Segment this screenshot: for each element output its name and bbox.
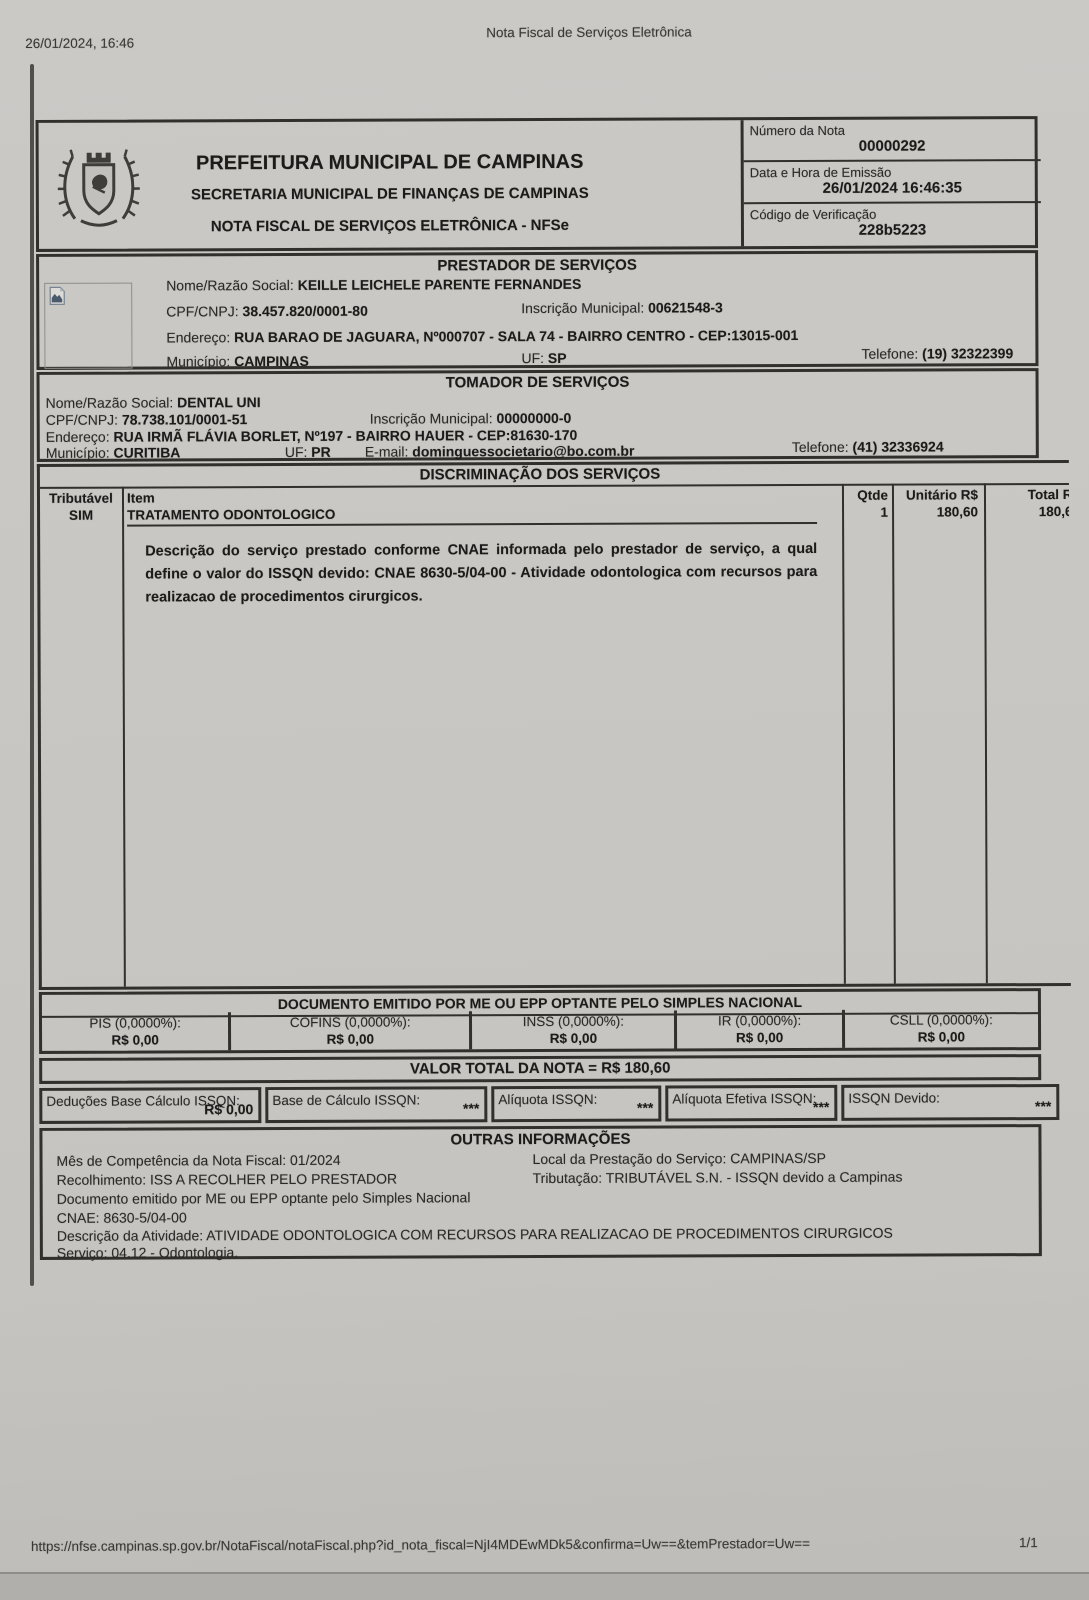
row-unitario-value: 180,60 bbox=[892, 503, 978, 520]
issqn-deducoes-value: R$ 0,00 bbox=[204, 1101, 253, 1118]
col-divider-item bbox=[842, 484, 846, 984]
valor-total-box: VALOR TOTAL DA NOTA = R$ 180,60 bbox=[39, 1054, 1041, 1084]
outras-local: Local da Prestação do Serviço: CAMPINAS/… bbox=[533, 1150, 826, 1168]
issqn-base-label: Base de Cálculo ISSQN: bbox=[272, 1091, 420, 1109]
print-footer-url: https://nfse.campinas.sp.gov.br/NotaFisc… bbox=[31, 1535, 810, 1555]
row-tributavel-value: SIM bbox=[40, 507, 122, 524]
inss-label: INSS (0,0000%): bbox=[472, 1013, 674, 1031]
prestador-im-row: Inscrição Municipal: 00621548-3 bbox=[521, 299, 723, 317]
tax-cell-csll: CSLL (0,0000%): R$ 0,00 bbox=[845, 1009, 1038, 1048]
servico-descricao: Descrição do serviço prestado conforme C… bbox=[145, 538, 817, 610]
tomador-nome-row: Nome/Razão Social: DENTAL UNI bbox=[46, 394, 261, 412]
prestador-nome-value: KEILLE LEICHELE PARENTE FERNANDES bbox=[298, 276, 582, 293]
prestador-cpf-value: 38.457.820/0001-80 bbox=[242, 303, 367, 319]
nota-info-panel: Número da Nota 00000292 Data e Hora de E… bbox=[741, 119, 1041, 246]
row-item-value: TRATAMENTO ODONTOLOGICO bbox=[127, 506, 335, 524]
tomador-municipio-row: Município: CURITIBA bbox=[46, 444, 181, 462]
tomador-email-label: E-mail: bbox=[365, 444, 409, 460]
tomador-cpf-row: CPF/CNPJ: 78.738.101/0001-51 bbox=[46, 411, 248, 429]
print-footer-page: 1/1 bbox=[1019, 1534, 1038, 1551]
tomador-im-value: 00000000-0 bbox=[496, 410, 571, 426]
tomador-nome-label: Nome/Razão Social: bbox=[46, 394, 174, 410]
prestador-uf-row: UF: SP bbox=[521, 350, 566, 367]
tomador-im-label: Inscrição Municipal: bbox=[370, 410, 493, 426]
city-title: PREFEITURA MUNICIPAL DE CAMPINAS bbox=[39, 150, 741, 176]
outras-tributacao: Tributação: TRIBUTÁVEL S.N. - ISSQN devi… bbox=[533, 1169, 903, 1187]
prestador-title: PRESTADOR DE SERVIÇOS bbox=[39, 255, 1035, 276]
verification-label: Código de Verificação bbox=[750, 206, 877, 223]
csll-label: CSLL (0,0000%): bbox=[845, 1011, 1038, 1029]
secretary-title: SECRETARIA MUNICIPAL DE FINANÇAS DE CAMP… bbox=[39, 184, 741, 204]
issqn-aliquota-efetiva-value: *** bbox=[813, 1099, 829, 1116]
col-qtde: Qtde bbox=[842, 487, 888, 504]
tomador-box: TOMADOR DE SERVIÇOS Nome/Razão Social: D… bbox=[37, 368, 1039, 462]
row-qtde-value: 1 bbox=[842, 504, 888, 521]
col-item: Item bbox=[127, 489, 155, 506]
emission-label: Data e Hora de Emissão bbox=[750, 164, 892, 182]
prestador-box: PRESTADOR DE SERVIÇOS Nome/Razão Social:… bbox=[36, 250, 1038, 370]
tomador-title: TOMADOR DE SERVIÇOS bbox=[40, 372, 1036, 393]
prestador-nome-row: Nome/Razão Social: KEILLE LEICHELE PAREN… bbox=[166, 276, 581, 295]
inss-value: R$ 0,00 bbox=[472, 1030, 674, 1048]
prestador-uf-label: UF: bbox=[521, 350, 544, 366]
tomador-nome-value: DENTAL UNI bbox=[177, 394, 261, 410]
nota-number-label: Número da Nota bbox=[750, 122, 845, 139]
tomador-im-row: Inscrição Municipal: 00000000-0 bbox=[370, 410, 572, 428]
issqn-aliquota-label: Alíquota ISSQN: bbox=[498, 1091, 597, 1108]
col-total: Total R$ bbox=[984, 486, 1071, 503]
row-total-value: 180,60 bbox=[984, 503, 1071, 520]
prestador-municipio-row: Município: CAMPINAS bbox=[166, 353, 308, 371]
tomador-uf-row: UF: PR bbox=[285, 444, 331, 461]
prestador-cpf-row: CPF/CNPJ: 38.457.820/0001-80 bbox=[166, 303, 368, 321]
prestador-nome-label: Nome/Razão Social: bbox=[166, 277, 294, 293]
issqn-aliquota-value: *** bbox=[637, 1100, 653, 1117]
prestador-municipio-value: CAMPINAS bbox=[234, 353, 309, 369]
tomador-endereco-label: Endereço: bbox=[46, 429, 110, 445]
tomador-uf-value: PR bbox=[311, 444, 331, 460]
outras-servico: Serviço: 04.12 - Odontologia. bbox=[57, 1244, 238, 1262]
tomador-telefone-label: Telefone: bbox=[792, 439, 849, 455]
issqn-aliquota-efetiva-label: Alíquota Efetiva ISSQN: bbox=[672, 1090, 816, 1108]
prestador-endereco-label: Endereço: bbox=[166, 329, 230, 345]
tomador-endereco-value: RUA IRMÃ FLÁVIA BORLET, Nº197 - BAIRRO H… bbox=[113, 427, 577, 445]
tomador-cpf-label: CPF/CNPJ: bbox=[46, 412, 118, 428]
print-title: Nota Fiscal de Serviços Eletrônica bbox=[486, 23, 692, 41]
logo-placeholder-box bbox=[44, 283, 132, 369]
col-divider-unitario bbox=[984, 483, 988, 983]
prestador-im-label: Inscrição Municipal: bbox=[521, 300, 644, 316]
col-tributavel: Tributável bbox=[40, 490, 122, 507]
verification-value: 228b5223 bbox=[744, 221, 1041, 239]
emission-row: Data e Hora de Emissão 26/01/2024 16:46:… bbox=[744, 161, 1041, 204]
prestador-telefone-label: Telefone: bbox=[861, 346, 918, 362]
issqn-devido-value: *** bbox=[1035, 1098, 1051, 1115]
pis-value: R$ 0,00 bbox=[42, 1031, 228, 1049]
print-datetime: 26/01/2024, 16:46 bbox=[25, 35, 134, 52]
prestador-municipio-label: Município: bbox=[166, 353, 230, 369]
simples-box: DOCUMENTO EMITIDO POR ME OU EPP OPTANTE … bbox=[39, 988, 1041, 1054]
tomador-email-row: E-mail: dominguessocietario@bo.com.br bbox=[365, 443, 635, 461]
col-divider-tributavel bbox=[122, 487, 126, 987]
nota-number-value: 00000292 bbox=[744, 137, 1041, 155]
tomador-municipio-label: Município: bbox=[46, 445, 110, 461]
issqn-base-box: Base de Cálculo ISSQN: *** bbox=[265, 1086, 487, 1123]
csll-value: R$ 0,00 bbox=[845, 1028, 1038, 1046]
issqn-devido-box: ISSQN Devido: *** bbox=[841, 1084, 1059, 1121]
emission-value: 26/01/2024 16:46:35 bbox=[744, 179, 1041, 197]
pis-label: PIS (0,0000%): bbox=[42, 1014, 228, 1032]
tomador-uf-label: UF: bbox=[285, 444, 308, 460]
broken-image-icon bbox=[47, 286, 67, 311]
tax-cell-ir: IR (0,0000%): R$ 0,00 bbox=[677, 1010, 844, 1049]
prestador-telefone-value: (19) 32322399 bbox=[922, 345, 1013, 361]
prestador-uf-value: SP bbox=[548, 350, 567, 366]
tomador-municipio-value: CURITIBA bbox=[113, 444, 180, 460]
outras-title: OUTRAS INFORMAÇÕES bbox=[42, 1129, 1038, 1150]
tax-cell-inss: INSS (0,0000%): R$ 0,00 bbox=[472, 1010, 677, 1049]
doc-type-title: NOTA FISCAL DE SERVIÇOS ELETRÔNICA - NFS… bbox=[39, 216, 741, 236]
verification-row: Código de Verificação 228b5223 bbox=[744, 203, 1041, 246]
taxes-row: PIS (0,0000%): R$ 0,00 COFINS (0,0000%):… bbox=[42, 1009, 1038, 1051]
outras-documento: Documento emitido por ME ou EPP optante … bbox=[57, 1189, 471, 1208]
prestador-im-value: 00621548-3 bbox=[648, 299, 723, 315]
ir-value: R$ 0,00 bbox=[677, 1029, 841, 1047]
scanned-invoice-page: 26/01/2024, 16:46 Nota Fiscal de Serviço… bbox=[0, 0, 1089, 1600]
document: 26/01/2024, 16:46 Nota Fiscal de Serviço… bbox=[0, 0, 1089, 1600]
col-unitario: Unitário R$ bbox=[892, 486, 978, 503]
prestador-cpf-label: CPF/CNPJ: bbox=[166, 303, 238, 319]
issqn-aliquota-efetiva-box: Alíquota Efetiva ISSQN: *** bbox=[665, 1085, 837, 1122]
prestador-telefone-row: Telefone: (19) 32322399 bbox=[861, 345, 1013, 363]
servicos-title: DISCRIMINAÇÃO DOS SERVIÇOS bbox=[40, 464, 1040, 485]
outras-recolhimento: Recolhimento: ISS A RECOLHER PELO PRESTA… bbox=[57, 1171, 398, 1189]
cofins-label: COFINS (0,0000%): bbox=[231, 1013, 469, 1031]
prestador-endereco-row: Endereço: RUA BARAO DE JAGUARA, Nº000707… bbox=[166, 327, 798, 346]
tax-cell-pis: PIS (0,0000%): R$ 0,00 bbox=[42, 1012, 231, 1051]
header-box: PREFEITURA MUNICIPAL DE CAMPINAS SECRETA… bbox=[36, 116, 1038, 252]
issqn-devido-label: ISSQN Devido: bbox=[848, 1089, 940, 1106]
tomador-telefone-value: (41) 32336924 bbox=[852, 438, 943, 454]
col-divider-qtde bbox=[892, 484, 896, 984]
outras-box: OUTRAS INFORMAÇÕES Mês de Competência da… bbox=[39, 1124, 1041, 1260]
tax-cell-cofins: COFINS (0,0000%): R$ 0,00 bbox=[231, 1011, 472, 1050]
outras-cnae: CNAE: 8630-5/04-00 bbox=[57, 1209, 187, 1226]
prestador-endereco-value: RUA BARAO DE JAGUARA, Nº000707 - SALA 74… bbox=[234, 327, 798, 345]
servicos-box: DISCRIMINAÇÃO DOS SERVIÇOS Tributável SI… bbox=[37, 460, 1071, 990]
issqn-deducoes-box: Deduções Base Cálculo ISSQN: R$ 0,00 bbox=[39, 1087, 261, 1124]
outras-descricao-atividade: Descrição da Atividade: ATIVIDADE ODONTO… bbox=[57, 1225, 893, 1245]
tomador-cpf-value: 78.738.101/0001-51 bbox=[122, 411, 247, 427]
cofins-value: R$ 0,00 bbox=[231, 1030, 469, 1048]
valor-total-label: VALOR TOTAL DA NOTA = R$ 180,60 bbox=[42, 1058, 1038, 1079]
issqn-base-value: *** bbox=[463, 1100, 479, 1117]
nota-number-row: Número da Nota 00000292 bbox=[744, 119, 1041, 162]
issqn-aliquota-box: Alíquota ISSQN: *** bbox=[491, 1086, 661, 1123]
outras-mes: Mês de Competência da Nota Fiscal: 01/20… bbox=[57, 1152, 341, 1170]
tomador-telefone-row: Telefone: (41) 32336924 bbox=[792, 438, 944, 456]
ir-label: IR (0,0000%): bbox=[677, 1012, 841, 1030]
tomador-email-value: dominguessocietario@bo.com.br bbox=[412, 443, 634, 460]
